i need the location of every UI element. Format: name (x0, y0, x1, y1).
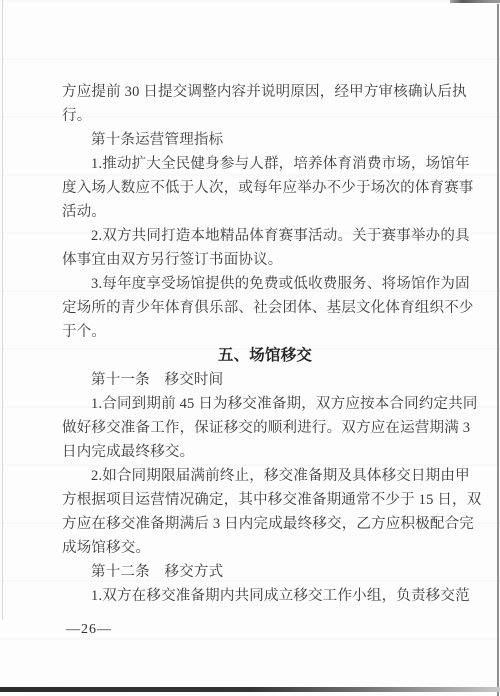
text-line: 2.双方共同打造本地精品体育赛事活动。关于赛事举办的具 (62, 224, 468, 248)
text-line: 方根据项目运营情况确定，其中移交准备期通常不少于 15 日，双 (62, 488, 468, 512)
text-line: 方应提前 30 日提交调整内容并说明原因，经甲方审核确认后执 (62, 80, 468, 104)
text-line: 做好移交准备工作，保证移交的顺利进行。双方应在运营期满 3 (62, 416, 468, 440)
text-line: 于个。 (62, 320, 468, 344)
text-line: 度入场人数应不低于人次，或每年应举办不少于场次的体育赛事 (62, 176, 468, 200)
text-line: 日内完成最终移交。 (62, 440, 468, 464)
section-heading: 五、场馆移交 (62, 344, 468, 368)
text-line: 1.合同到期前 45 日为移交准备期，双方应按本合同约定共同 (62, 392, 468, 416)
text-line: 2.如合同期限届满前终止，移交准备期及具体移交日期由甲 (62, 464, 468, 488)
scan-artifact-right-edge (497, 4, 499, 696)
text-line: 定场所的青少年体育俱乐部、社会团体、基层文化体育组织不少 (62, 296, 468, 320)
text-line: 成场馆移交。 (62, 536, 468, 560)
article-10-title: 第十条运营管理指标 (62, 128, 468, 152)
text-line: 1.推动扩大全民健身参与人群，培养体育消费市场，场馆年 (62, 152, 468, 176)
article-11-title: 第十一条 移交时间 (62, 368, 468, 392)
text-line: 1.双方在移交准备期内共同成立移交工作小组，负责移交范 (62, 584, 468, 608)
text-line: 体事宜由双方另行签订书面协议。 (62, 248, 468, 272)
scan-artifact-left-edge (2, 0, 3, 620)
document-content: 方应提前 30 日提交调整内容并说明原因，经甲方审核确认后执 行。 第十条运营管… (62, 80, 468, 608)
scan-artifact-top-right (450, 0, 500, 3)
scan-artifact-bottom-edge (0, 687, 500, 692)
text-line: 行。 (62, 104, 468, 128)
document-page: 方应提前 30 日提交调整内容并说明原因，经甲方审核确认后执 行。 第十条运营管… (0, 0, 500, 696)
page-number: —26— (66, 621, 112, 639)
text-line: 活动。 (62, 200, 468, 224)
text-line: 3.每年度享受场馆提供的免费或低收费服务、将场馆作为固 (62, 272, 468, 296)
article-12-title: 第十二条 移交方式 (62, 560, 468, 584)
text-line: 方应在移交准备期满后 3 日内完成最终移交，乙方应积极配合完 (62, 512, 468, 536)
